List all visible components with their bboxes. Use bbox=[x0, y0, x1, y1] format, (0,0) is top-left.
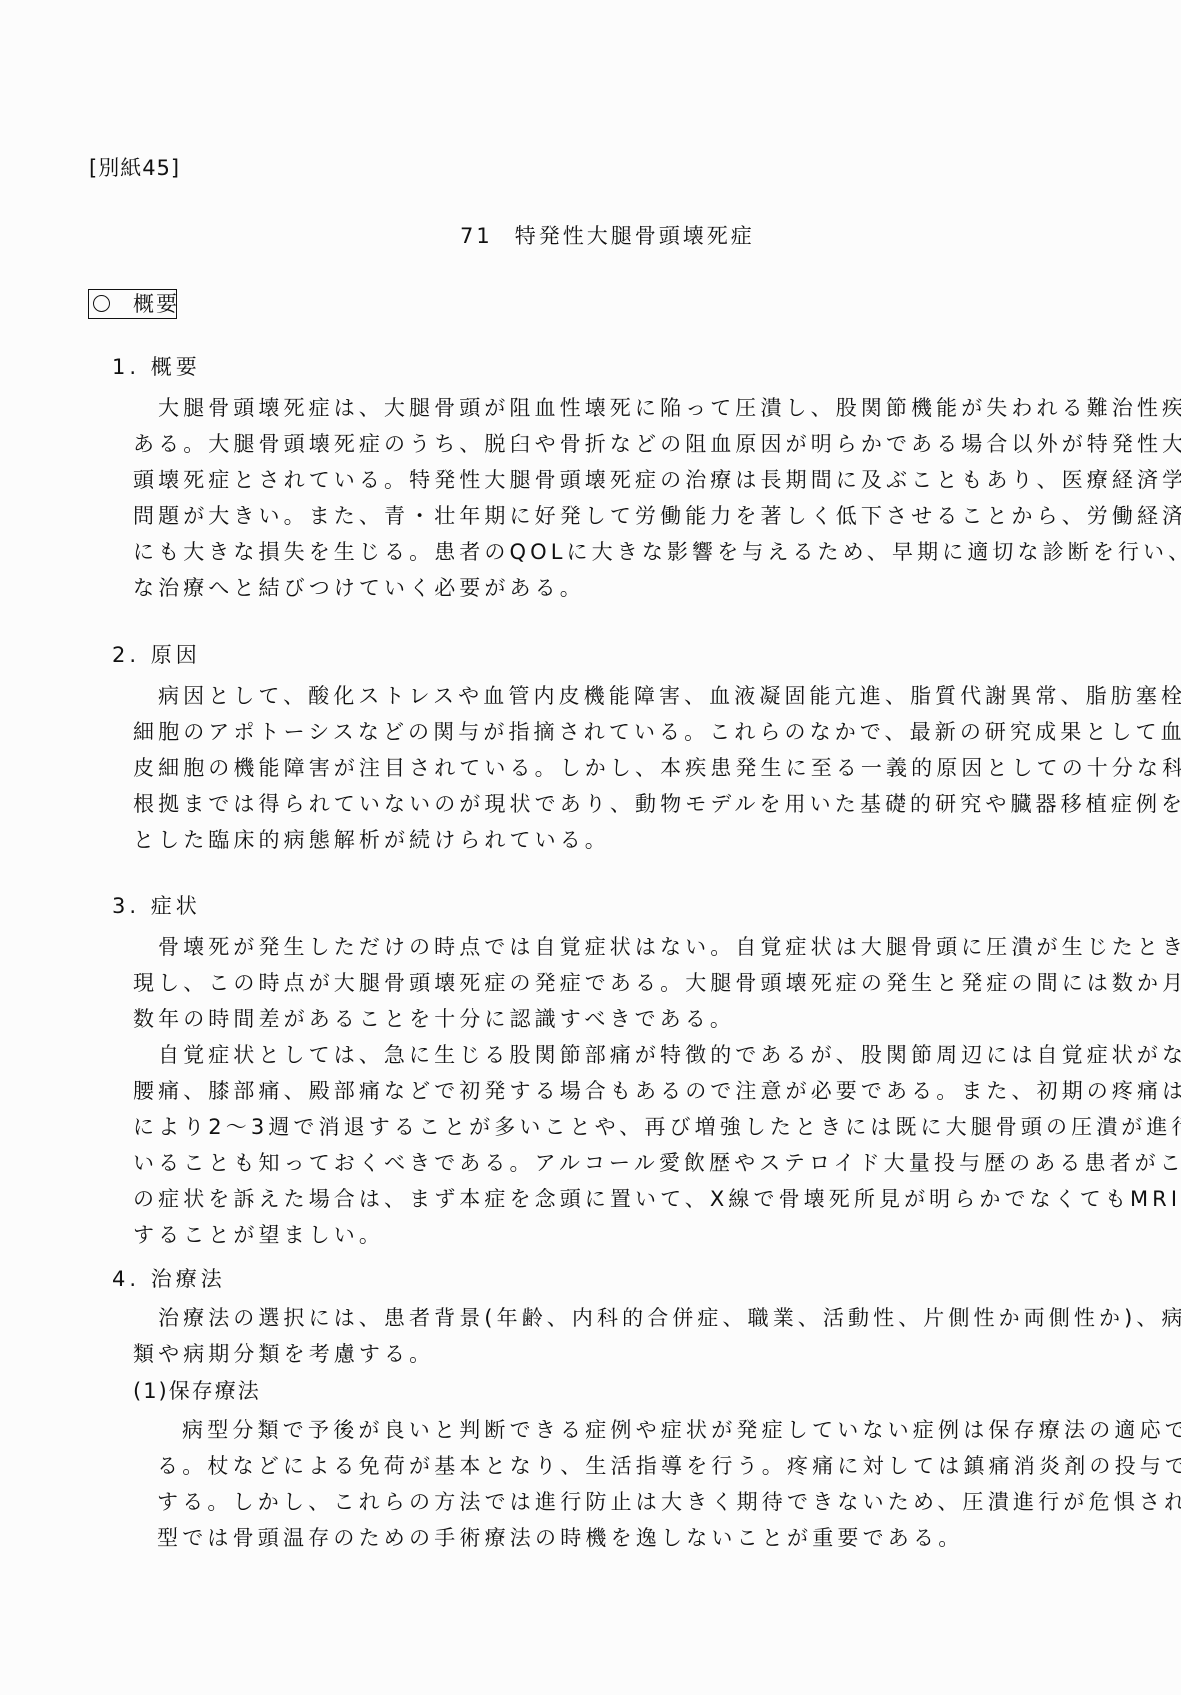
text-line: することが望ましい。 bbox=[133, 1217, 1093, 1253]
text-line: な治療へと結びつけていく必要がある。 bbox=[133, 570, 1093, 606]
text-line: する。しかし、これらの方法では進行防止は大きく期待できないため、圧潰進行が危惧さ… bbox=[157, 1484, 1097, 1520]
text-line: により2～3週で消退することが多いことや、再び増強したときには既に大腿骨頭の圧潰… bbox=[133, 1109, 1093, 1145]
document-title: 71特発性大腿骨頭壊死症 bbox=[460, 220, 755, 250]
section-paragraph: 治療法の選択には、患者背景(年齢、内科的合併症、職業、活動性、片側性か両側性か)… bbox=[133, 1300, 1093, 1372]
text-line: 皮細胞の機能障害が注目されている。しかし、本疾患発生に至る一義的原因としての十分… bbox=[133, 750, 1093, 786]
text-line: 類や病期分類を考慮する。 bbox=[133, 1336, 1093, 1372]
boxed-heading-label: 概要 bbox=[133, 290, 179, 318]
text-line: 型では骨頭温存のための手術療法の時機を逸しないことが重要である。 bbox=[157, 1520, 1097, 1556]
text-line: 治療法の選択には、患者背景(年齢、内科的合併症、職業、活動性、片側性か両側性か)… bbox=[133, 1300, 1093, 1336]
boxed-section-heading: 概要 bbox=[88, 289, 177, 319]
text-line: 腰痛、膝部痛、殿部痛などで初発する場合もあるので注意が必要である。また、初期の疼… bbox=[133, 1073, 1093, 1109]
text-line: 数年の時間差があることを十分に認識すべきである。 bbox=[133, 1001, 1093, 1037]
text-line: 骨壊死が発生しただけの時点では自覚症状はない。自覚症状は大腿骨頭に圧潰が生じたと… bbox=[133, 929, 1093, 965]
title-text: 特発性大腿骨頭壊死症 bbox=[515, 224, 755, 248]
text-line: とした臨床的病態解析が続けられている。 bbox=[133, 822, 1093, 858]
text-line: 大腿骨頭壊死症は、大腿骨頭が阻血性壊死に陥って圧潰し、股関節機能が失われる難治性… bbox=[133, 390, 1093, 426]
annex-label: [別紙45] bbox=[89, 152, 180, 182]
subsection-heading-conservative-therapy: (1)保存療法 bbox=[133, 1375, 261, 1405]
text-line: の症状を訴えた場合は、まず本症を念頭に置いて、X線で骨壊死所見が明らかでなくても… bbox=[133, 1181, 1093, 1217]
text-line: 問題が大きい。また、青・壮年期に好発して労働能力を著しく低下させることから、労働… bbox=[133, 498, 1093, 534]
text-line: 病型分類で予後が良いと判断できる症例や症状が発症していない症例は保存療法の適応で… bbox=[157, 1412, 1097, 1448]
section-heading-overview: 1. 概要 bbox=[112, 351, 201, 381]
text-line: 細胞のアポトーシスなどの関与が指摘されている。これらのなかで、最新の研究成果とし… bbox=[133, 714, 1093, 750]
section-heading-cause: 2. 原因 bbox=[112, 639, 201, 669]
text-line: 根拠までは得られていないのが現状であり、動物モデルを用いた基礎的研究や臓器移植症… bbox=[133, 786, 1093, 822]
section-heading-symptoms: 3. 症状 bbox=[112, 890, 201, 920]
section-paragraph: 骨壊死が発生しただけの時点では自覚症状はない。自覚症状は大腿骨頭に圧潰が生じたと… bbox=[133, 929, 1093, 1253]
text-line: 病因として、酸化ストレスや血管内皮機能障害、血液凝固能亢進、脂質代謝異常、脂肪塞… bbox=[133, 678, 1093, 714]
subsection-paragraph: 病型分類で予後が良いと判断できる症例や症状が発症していない症例は保存療法の適応で… bbox=[157, 1412, 1097, 1556]
text-line: にも大きな損失を生じる。患者のQOLに大きな影響を与えるため、早期に適切な診断を… bbox=[133, 534, 1093, 570]
text-line: いることも知っておくべきである。アルコール愛飲歴やステロイド大量投与歴のある患者… bbox=[133, 1145, 1093, 1181]
section-paragraph: 病因として、酸化ストレスや血管内皮機能障害、血液凝固能亢進、脂質代謝異常、脂肪塞… bbox=[133, 678, 1093, 858]
section-heading-treatment: 4. 治療法 bbox=[112, 1263, 226, 1293]
text-line: ある。大腿骨頭壊死症のうち、脱臼や骨折などの阻血原因が明らかである場合以外が特発… bbox=[133, 426, 1093, 462]
text-line: る。杖などによる免荷が基本となり、生活指導を行う。疼痛に対しては鎮痛消炎剤の投与… bbox=[157, 1448, 1097, 1484]
text-line: 頭壊死症とされている。特発性大腿骨頭壊死症の治療は長期間に及ぶこともあり、医療経… bbox=[133, 462, 1093, 498]
title-number: 71 bbox=[460, 224, 493, 248]
section-paragraph: 大腿骨頭壊死症は、大腿骨頭が阻血性壊死に陥って圧潰し、股関節機能が失われる難治性… bbox=[133, 390, 1093, 606]
circle-bullet-icon bbox=[93, 295, 110, 312]
text-line: 現し、この時点が大腿骨頭壊死症の発症である。大腿骨頭壊死症の発生と発症の間には数… bbox=[133, 965, 1093, 1001]
text-line: 自覚症状としては、急に生じる股関節部痛が特徴的であるが、股関節周辺には自覚症状が… bbox=[133, 1037, 1093, 1073]
